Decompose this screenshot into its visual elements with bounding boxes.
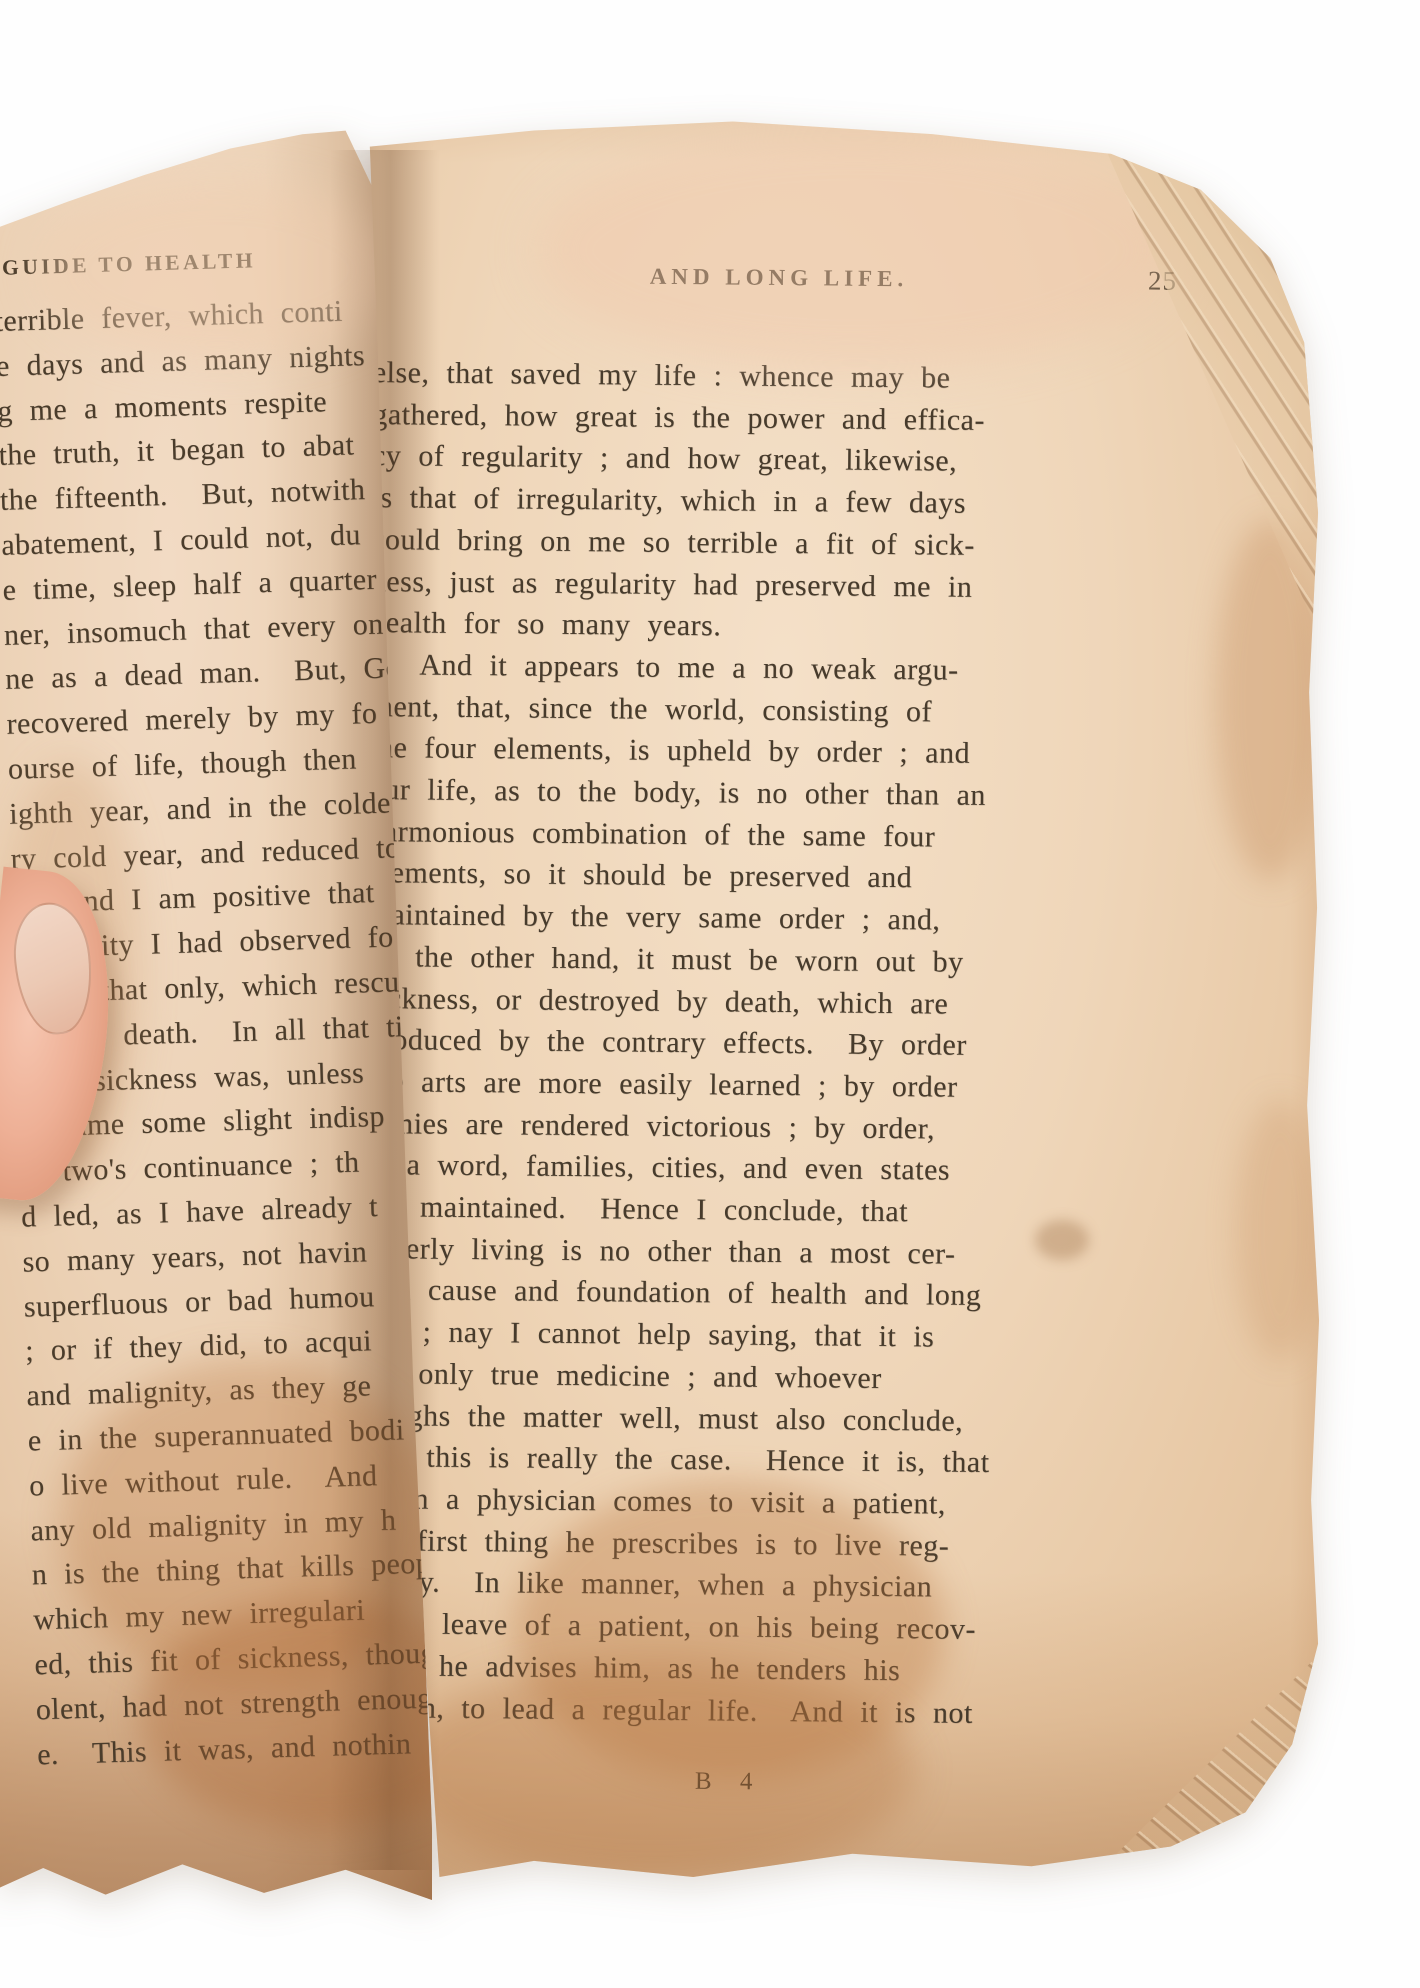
text-line: ered, he advises him, as he tenders his: [360, 1645, 1172, 1694]
left-page-header: GUIDE TO HEALTH: [2, 248, 257, 281]
thumbnail: [9, 899, 98, 1038]
text-line: takes leave of a patient, on his being r…: [361, 1603, 1173, 1652]
text-line: on the other hand, it must be worn out b…: [367, 936, 1179, 985]
text-line: the arts are more easily learned ; by or…: [366, 1061, 1178, 1110]
text-line: when a physician comes to visit a patien…: [362, 1478, 1174, 1527]
text-line: health, to lead a regular life. And it i…: [360, 1686, 1172, 1735]
open-book: GUIDE TO HEALTH terrible fever, which co…: [0, 0, 1420, 1988]
right-page-text: else, that saved my life : whence may be…: [360, 352, 1185, 1736]
text-line: else, that saved my life : whence may be: [373, 352, 1185, 401]
text-line: And it appears to me a no weak argu-: [370, 644, 1182, 693]
right-page: AND LONG LIFE. 25 else, that saved my li…: [335, 100, 1330, 1895]
text-line: are maintained. Hence I conclude, that: [365, 1186, 1177, 1235]
book-photo: GUIDE TO HEALTH terrible fever, which co…: [0, 0, 1420, 1988]
running-header: AND LONG LIFE. 25: [373, 261, 1185, 295]
page-number: 25: [1148, 266, 1177, 297]
text-line: our life, as to the body, is no other th…: [369, 769, 1181, 818]
signature-mark: B 4: [695, 1768, 755, 1797]
right-page-header: AND LONG LIFE.: [650, 264, 909, 291]
stain: [535, 130, 1175, 370]
text-line: could bring on me so terrible a fit of s…: [371, 519, 1183, 568]
stain: [1215, 520, 1325, 880]
text-line: the only true medicine ; and whoever: [363, 1353, 1175, 1402]
stain: [1235, 1100, 1325, 1360]
